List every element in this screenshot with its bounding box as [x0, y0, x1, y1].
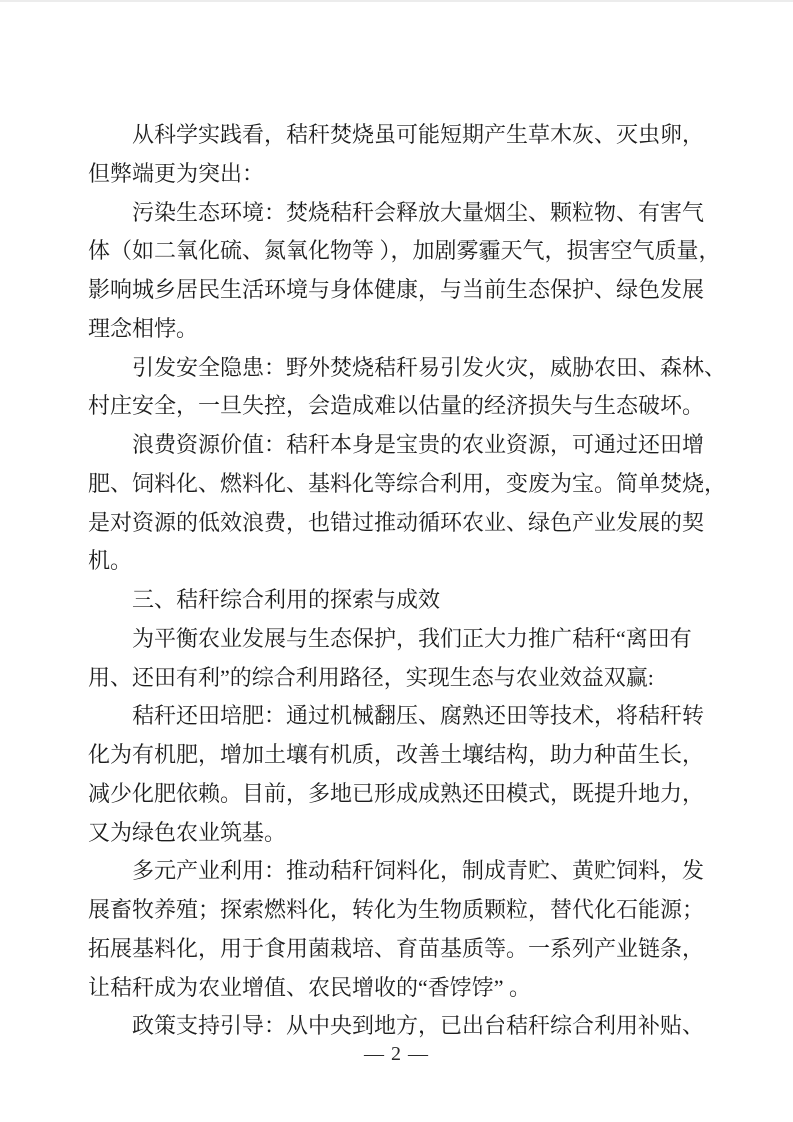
- text-line: 影响城乡居民生活环境与身体健康，与当前生态保护、绿色发展: [88, 271, 712, 310]
- document-body: 从科学实践看，秸秆焚烧虽可能短期产生草木灰、灭虫卵， 但弊端更为突出： 污染生态…: [88, 116, 712, 1046]
- text-line: 机。: [88, 542, 712, 581]
- text-line: 化为有机肥，增加土壤有机质，改善土壤结构，助力种苗生长，: [88, 736, 712, 775]
- page-footer: — 2 —: [0, 1042, 793, 1066]
- text-line: 污染生态环境：焚烧秸秆会释放大量烟尘、颗粒物、有害气: [88, 194, 712, 233]
- document-page: 从科学实践看，秸秆焚烧虽可能短期产生草木灰、灭虫卵， 但弊端更为突出： 污染生态…: [0, 0, 793, 1122]
- text-line: 为平衡农业发展与生态保护，我们正大力推广秸秆“离田有: [88, 620, 712, 659]
- text-line: 肥、饲料化、燃料化、基料化等综合利用，变废为宝。简单焚烧，: [88, 465, 712, 504]
- text-line: 又为绿色农业筑基。: [88, 814, 712, 853]
- text-line: 浪费资源价值：秸秆本身是宝贵的农业资源，可通过还田增: [88, 426, 712, 465]
- text-line: 从科学实践看，秸秆焚烧虽可能短期产生草木灰、灭虫卵，: [88, 116, 712, 155]
- text-line: 拓展基料化，用于食用菌栽培、育苗基质等。一系列产业链条，: [88, 930, 712, 969]
- text-line: 展畜牧养殖；探索燃料化，转化为生物质颗粒，替代化石能源；: [88, 891, 712, 930]
- text-line: 让秸秆成为农业增值、农民增收的“香饽饽” 。: [88, 969, 712, 1008]
- text-line: 理念相悖。: [88, 310, 712, 349]
- text-line: 秸秆还田培肥：通过机械翻压、腐熟还田等技术，将秸秆转: [88, 697, 712, 736]
- text-line: 村庄安全，一旦失控，会造成难以估量的经济损失与生态破坏。: [88, 387, 712, 426]
- page-number: — 2 —: [364, 1043, 429, 1065]
- text-line: 但弊端更为突出：: [88, 155, 712, 194]
- section-heading: 三、秸秆综合利用的探索与成效: [88, 581, 712, 620]
- text-line: 减少化肥依赖。目前，多地已形成成熟还田模式，既提升地力，: [88, 775, 712, 814]
- text-line: 体（如二氧化硫、氮氧化物等 ），加剧雾霾天气，损害空气质量，: [88, 232, 712, 271]
- text-line: 是对资源的低效浪费，也错过推动循环农业、绿色产业发展的契: [88, 504, 712, 543]
- text-line: 多元产业利用：推动秸秆饲料化，制成青贮、黄贮饲料，发: [88, 852, 712, 891]
- text-line: 政策支持引导：从中央到地方，已出台秸秆综合利用补贴、: [88, 1007, 712, 1046]
- text-line: 引发安全隐患：野外焚烧秸秆易引发火灾，威胁农田、森林、: [88, 349, 712, 388]
- page-top-edge: [0, 0, 793, 2]
- text-line: 用、还田有利”的综合利用路径，实现生态与农业效益双赢:: [88, 659, 712, 698]
